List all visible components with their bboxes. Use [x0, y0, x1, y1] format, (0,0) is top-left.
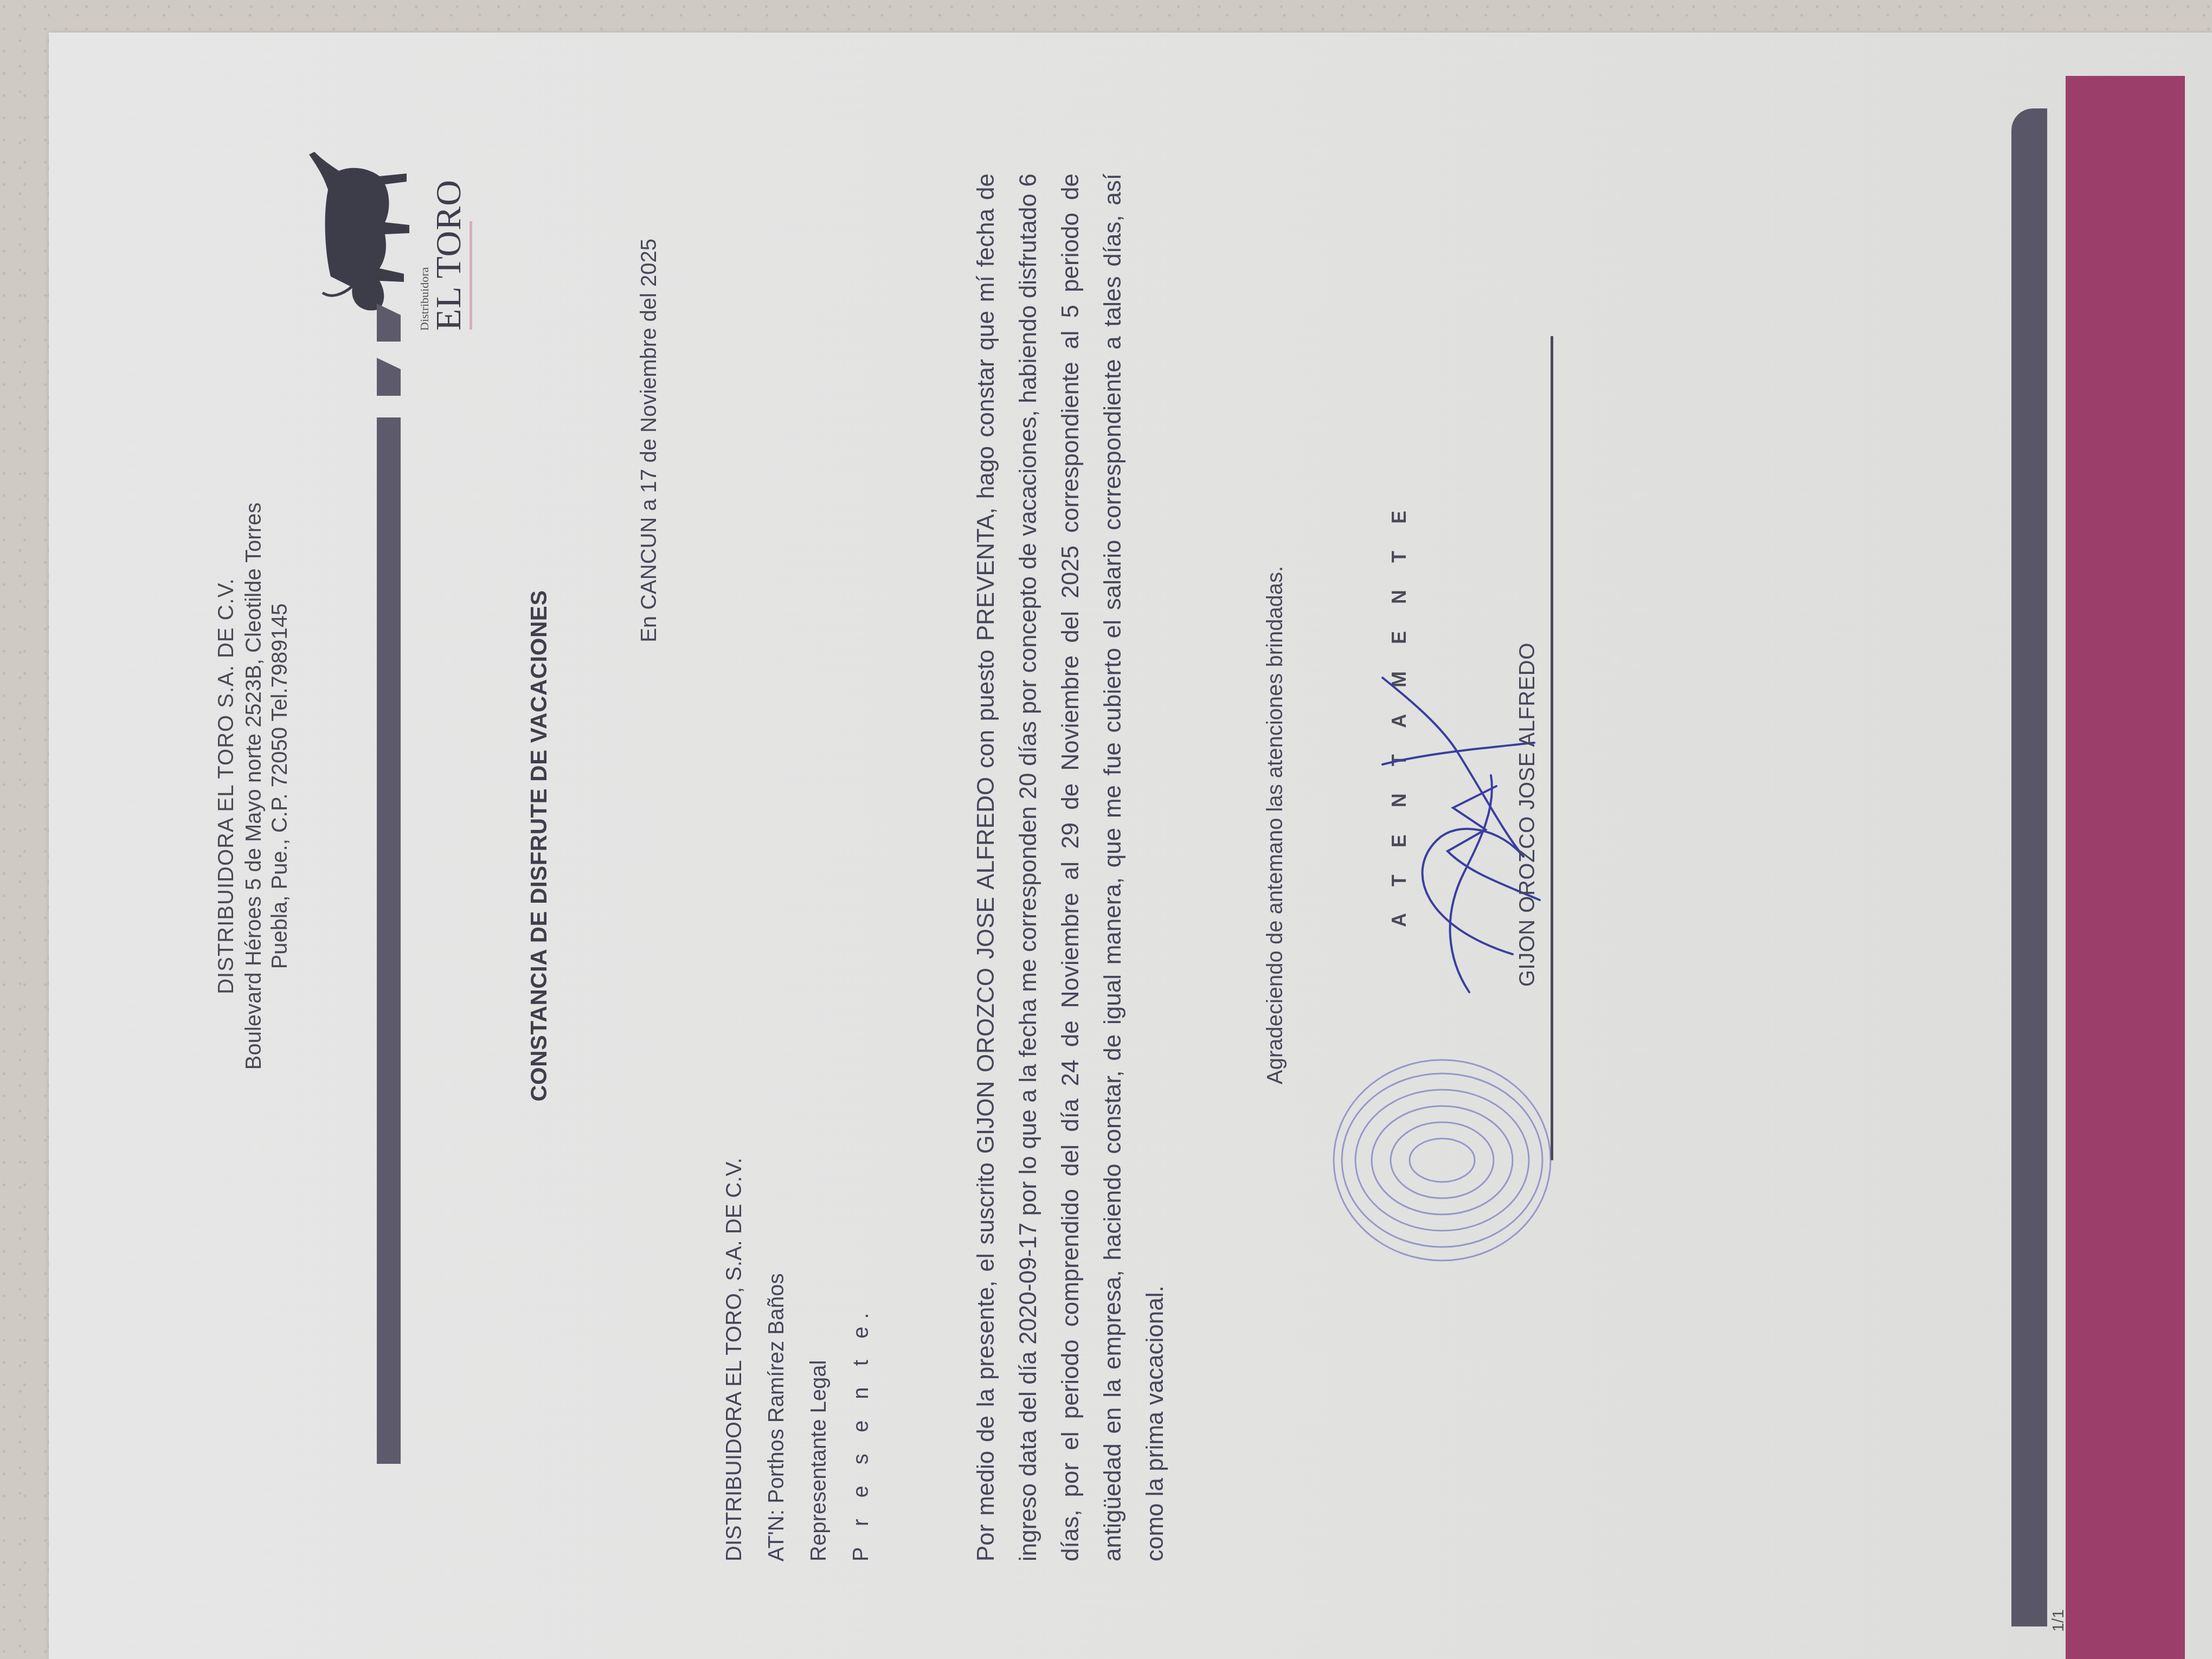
document-title: CONSTANCIA DE DISFRUTE DE VACACIONES	[526, 33, 552, 1659]
signature-line	[1551, 336, 1553, 1160]
company-address-line-2: Puebla, Pue., C.P. 72050 Tel.7989145	[267, 461, 293, 1111]
decorative-footer-bar-magenta	[2066, 76, 2185, 1659]
company-name: DISTRIBUIDORA EL TORO S.A. DE C.V.	[211, 461, 241, 1111]
logo-underline	[470, 221, 472, 330]
signer-name: GIJON OROZCO JOSE ALFREDO	[1515, 642, 1540, 987]
logo-name: EL TORO	[428, 179, 470, 331]
company-address-line-1: Boulevard Héroes 5 de Mayo norte 2523B, …	[241, 461, 267, 1111]
company-header: DISTRIBUIDORA EL TORO S.A. DE C.V. Boule…	[211, 461, 293, 1111]
decorative-header-bar	[377, 417, 401, 1464]
decorative-footer-bar-gray	[2011, 108, 2047, 1626]
place-date: En CANCUN a 17 de Noviembre del 2025	[637, 239, 661, 642]
addressee-block: DISTRIBUIDORA EL TORO, S.A. DE C.V. AT'N…	[713, 1158, 882, 1561]
fingerprint-icon	[1328, 1041, 1556, 1279]
addressee-presente: P r e s e n t e.	[840, 1158, 882, 1561]
addressee-attention: AT'N: Porthos Ramírez Baños	[755, 1158, 798, 1561]
closing-line: Agradeciendo de antemano las atenciones …	[1263, 566, 1288, 1084]
bull-icon	[298, 141, 423, 320]
body-paragraph: Por medio de la presente, el suscrito GI…	[965, 173, 1176, 1561]
paper-sheet: DISTRIBUIDORA EL TORO S.A. DE C.V. Boule…	[49, 33, 2212, 1659]
page-indicator: 1/1	[2049, 1609, 2068, 1632]
addressee-company: DISTRIBUIDORA EL TORO, S.A. DE C.V.	[713, 1158, 755, 1561]
document-photo: DISTRIBUIDORA EL TORO S.A. DE C.V. Boule…	[49, 33, 2212, 1659]
addressee-role: Representante Legal	[798, 1158, 840, 1561]
